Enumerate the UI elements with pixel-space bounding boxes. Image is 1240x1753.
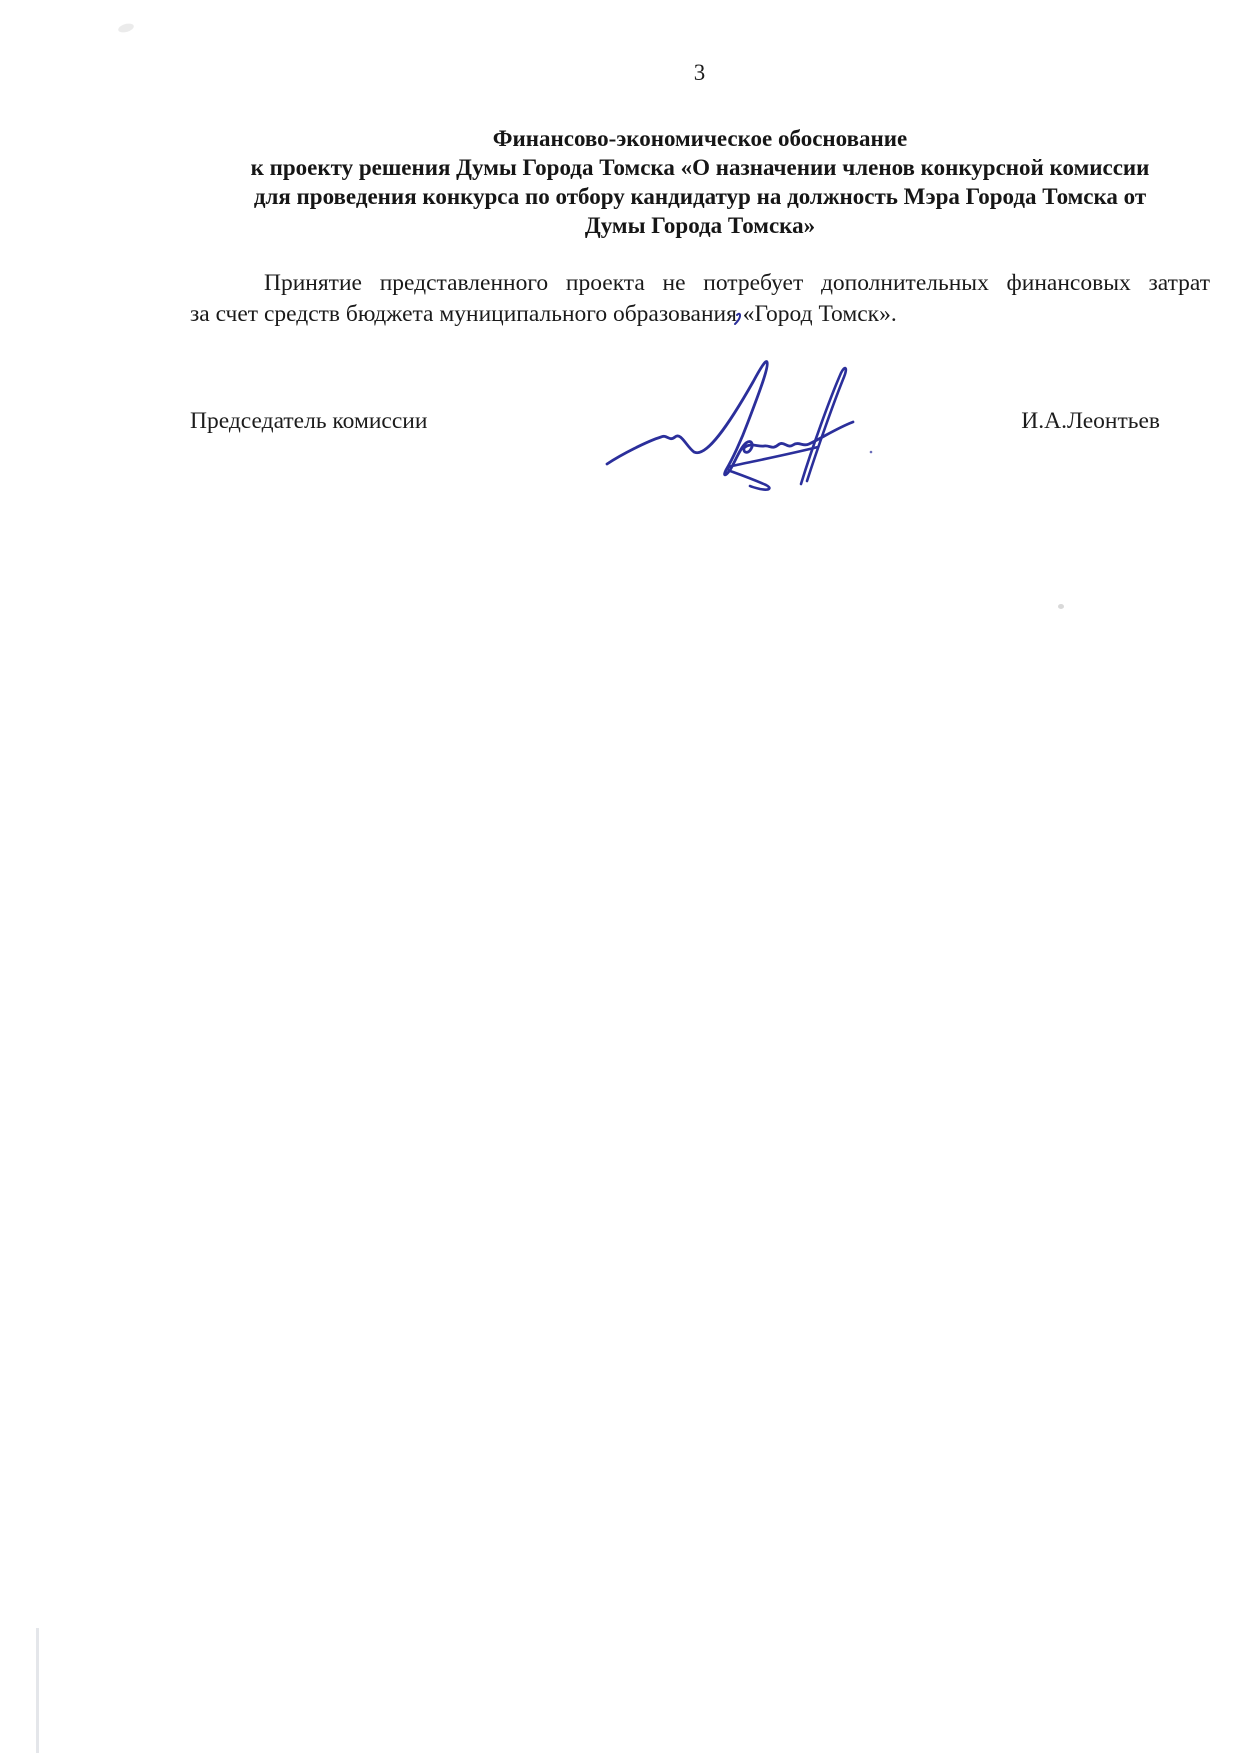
title-line: Думы Города Томска» [190, 211, 1210, 240]
title-line: к проекту решения Думы Города Томска «О … [190, 153, 1210, 182]
paragraph-line: Принятие представленного проекта не потр… [190, 268, 1210, 299]
scan-artifact-dot [1058, 604, 1064, 609]
handwritten-signature-icon [560, 300, 900, 510]
title-line: для проведения конкурса по отбору кандид… [190, 182, 1210, 211]
document-page: 3 Финансово-экономическое обоснование к … [0, 0, 1240, 1753]
scan-artifact-line [36, 1628, 39, 1753]
signatory-name: И.А.Леонтьев [1021, 406, 1160, 436]
signatory-role: Председатель комиссии [190, 406, 427, 436]
scan-artifact-smudge [117, 22, 135, 34]
page-number: 3 [190, 60, 1210, 86]
document-title: Финансово-экономическое обоснование к пр… [190, 124, 1210, 240]
title-line: Финансово-экономическое обоснование [190, 124, 1210, 153]
